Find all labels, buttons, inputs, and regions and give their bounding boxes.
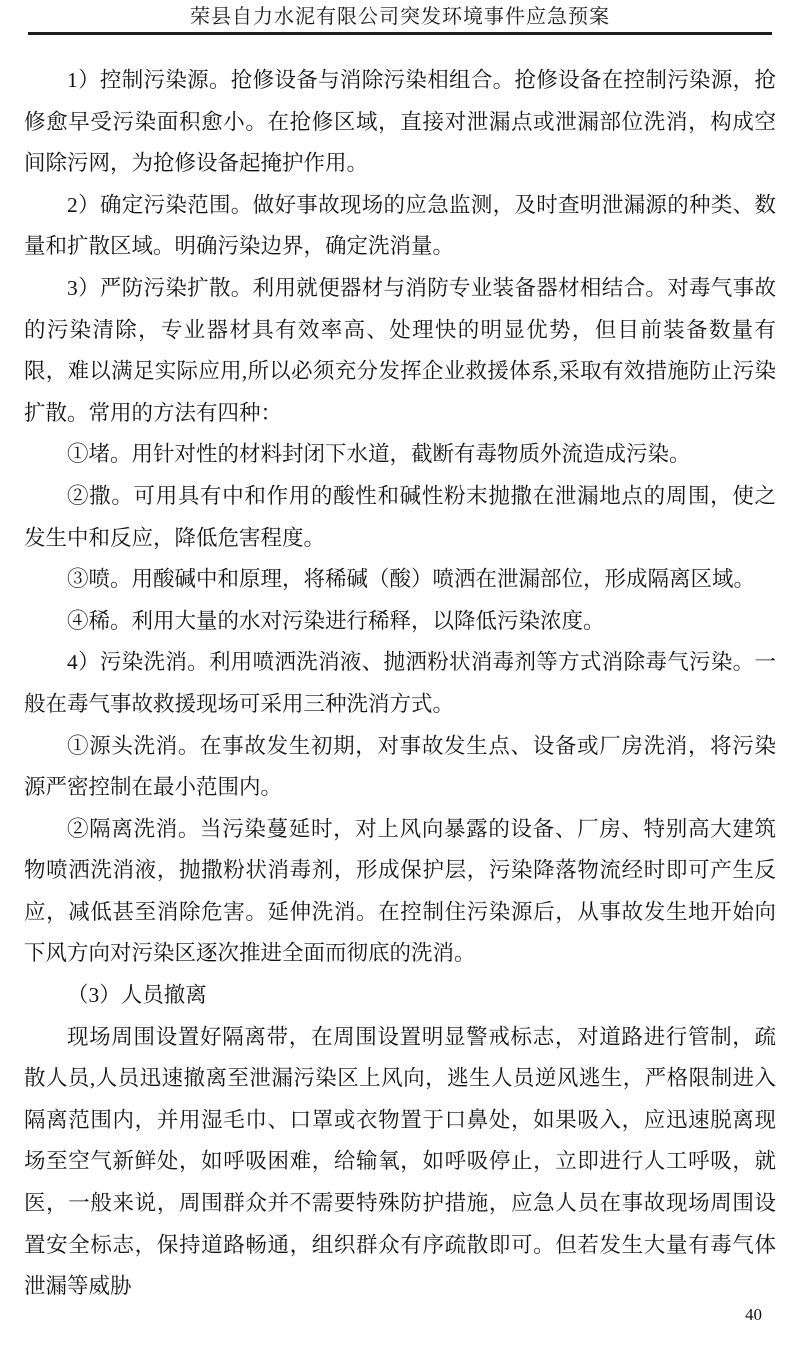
paragraph: ③喷。用酸碱中和原理，将稀碱（酸）喷洒在泄漏部位，形成隔离区域。 [24, 559, 776, 601]
document-page: 荣县自力水泥有限公司突发环境事件应急预案 1）控制污染源。抢修设备与消除污染相组… [0, 0, 800, 1351]
document-header-title: 荣县自力水泥有限公司突发环境事件应急预案 [0, 5, 800, 29]
section-heading-personnel-evacuation: （3）人员撤离 [24, 975, 776, 1017]
paragraph: 3）严防污染扩散。利用就便器材与消防专业装备器材相结合。对毒气事故的污染清除，专… [24, 268, 776, 434]
paragraph: ④稀。利用大量的水对污染进行稀释，以降低污染浓度。 [24, 601, 776, 643]
paragraph: 2）确定污染范围。做好事故现场的应急监测，及时查明泄漏源的种类、数量和扩散区域。… [24, 185, 776, 268]
page-number: 40 [745, 1305, 762, 1325]
paragraph: 现场周围设置好隔离带，在周围设置明显警戒标志，对道路进行管制，疏散人员,人员迅速… [24, 1017, 776, 1308]
paragraph: ②隔离洗消。当污染蔓延时，对上风向暴露的设备、厂房、特别高大建筑物喷洒洗消液，抛… [24, 809, 776, 975]
paragraph: 4）污染洗消。利用喷洒洗消液、抛洒粉状消毒剂等方式消除毒气污染。一般在毒气事故救… [24, 642, 776, 725]
paragraph: 1）控制污染源。抢修设备与消除污染相组合。抢修设备在控制污染源，抢修愈早受污染面… [24, 60, 776, 185]
paragraph: ①堵。用针对性的材料封闭下水道，截断有毒物质外流造成污染。 [24, 434, 776, 476]
document-body: 1）控制污染源。抢修设备与消除污染相组合。抢修设备在控制污染源，抢修愈早受污染面… [0, 35, 800, 1308]
page-header: 荣县自力水泥有限公司突发环境事件应急预案 [0, 0, 800, 35]
paragraph: ②撒。可用具有中和作用的酸性和碱性粉末抛撒在泄漏地点的周围，使之发生中和反应，降… [24, 476, 776, 559]
paragraph: ①源头洗消。在事故发生初期，对事故发生点、设备或厂房洗消，将污染源严密控制在最小… [24, 726, 776, 809]
